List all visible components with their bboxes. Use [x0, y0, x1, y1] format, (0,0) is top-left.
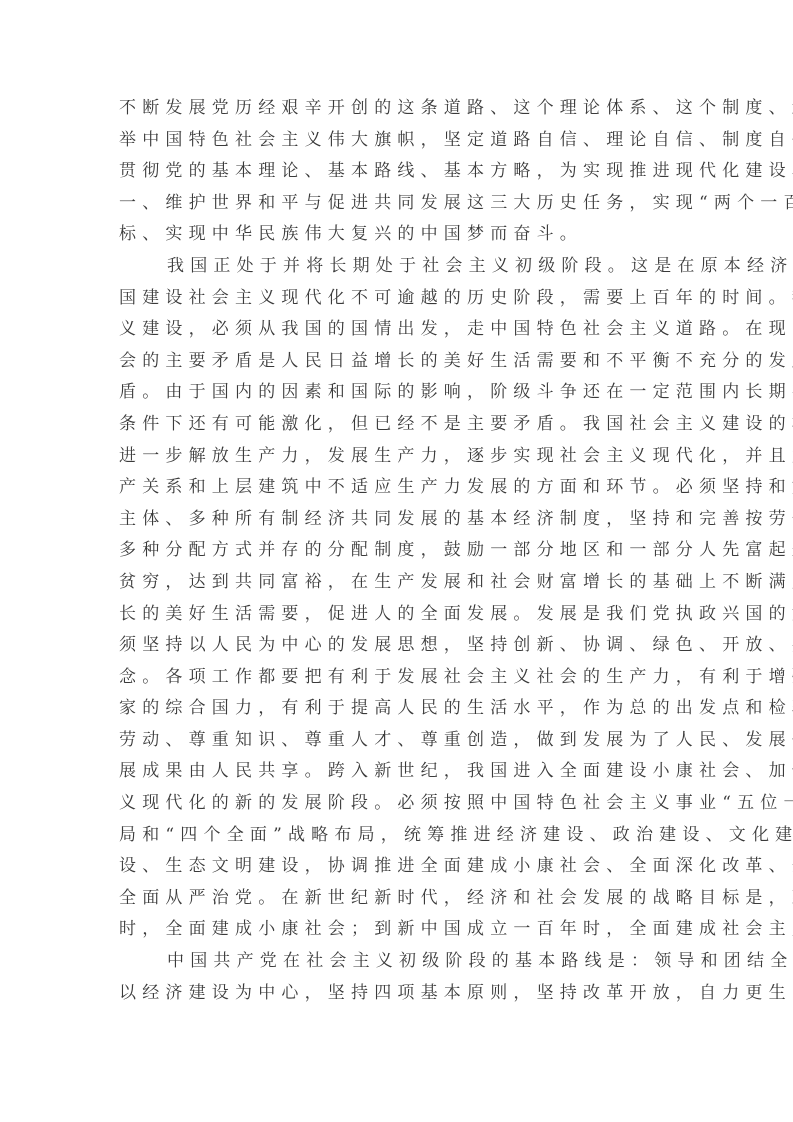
text-line: 义建设，必须从我国的国情出发，走中国特色社会主义道路。在现阶段，我国社 — [119, 314, 671, 346]
text-line: 须坚持以人民为中心的发展思想，坚持创新、协调、绿色、开放、共享的发展理 — [119, 630, 671, 662]
document-page: 不断发展党历经艰辛开创的这条道路、这个理论体系、这个制度、这个文化，高 举中国特… — [119, 93, 675, 1009]
text-line: 产关系和上层建筑中不适应生产力发展的方面和环节。必须坚持和完善公有制为 — [119, 472, 671, 504]
text-line: 标、实现中华民族伟大复兴的中国梦而奋斗。 — [119, 219, 671, 251]
text-line: 盾。由于国内的因素和国际的影响，阶级斗争还在一定范围内长期存在，在某种 — [119, 377, 671, 409]
paragraph-3: 中国共产党在社会主义初级阶段的基本路线是：领导和团结全国各族人民， 以经济建设为… — [119, 946, 675, 1009]
text-line: 贫穷，达到共同富裕，在生产发展和社会财富增长的基础上不断满足人民日益增 — [119, 567, 671, 599]
text-line: 全面从严治党。在新世纪新时代，经济和社会发展的战略目标是，到建党一百年 — [119, 883, 671, 915]
text-line: 多种分配方式并存的分配制度，鼓励一部分地区和一部分人先富起来，逐步消灭 — [119, 535, 671, 567]
text-line: 以经济建设为中心，坚持四项基本原则，坚持改革开放，自力更生，艰苦创业， — [119, 978, 671, 1010]
text-line: 中国共产党在社会主义初级阶段的基本路线是：领导和团结全国各族人民， — [119, 946, 671, 978]
text-line: 家的综合国力，有利于提高人民的生活水平，作为总的出发点和检验标准，尊重 — [119, 693, 671, 725]
paragraph-1: 不断发展党历经艰辛开创的这条道路、这个理论体系、这个制度、这个文化，高 举中国特… — [119, 93, 675, 251]
text-line: 念。各项工作都要把有利于发展社会主义社会的生产力，有利于增强社会主义国 — [119, 662, 671, 694]
text-line: 时，全面建成小康社会；到新中国成立一百年时，全面建成社会主义现代化强国。 — [119, 914, 671, 946]
text-line: 我国正处于并将长期处于社会主义初级阶段。这是在原本经济文化落后的中 — [119, 251, 671, 283]
text-line: 主体、多种所有制经济共同发展的基本经济制度，坚持和完善按劳分配为主体、 — [119, 504, 671, 536]
text-line: 举中国特色社会主义伟大旗帜，坚定道路自信、理论自信、制度自信、文化自信， — [119, 125, 671, 157]
text-line: 局和“四个全面”战略布局，统筹推进经济建设、政治建设、文化建设、社会建 — [119, 820, 671, 852]
text-line: 贯彻党的基本理论、基本路线、基本方略，为实现推进现代化建设、完成祖国统 — [119, 156, 671, 188]
text-line: 设、生态文明建设，协调推进全面建成小康社会、全面深化改革、全面依法治国、 — [119, 851, 671, 883]
text-line: 一、维护世界和平与促进共同发展这三大历史任务，实现“两个一百年”奋斗目 — [119, 188, 671, 220]
text-line: 义现代化的新的发展阶段。必须按照中国特色社会主义事业“五位一体”总体布 — [119, 788, 671, 820]
text-line: 会的主要矛盾是人民日益增长的美好生活需要和不平衡不充分的发展之间的矛 — [119, 346, 671, 378]
text-line: 进一步解放生产力，发展生产力，逐步实现社会主义现代化，并且为此而改革生 — [119, 441, 671, 473]
text-line: 国建设社会主义现代化不可逾越的历史阶段，需要上百年的时间。我国的社会主 — [119, 283, 671, 315]
paragraph-2: 我国正处于并将长期处于社会主义初级阶段。这是在原本经济文化落后的中 国建设社会主… — [119, 251, 675, 946]
text-line: 长的美好生活需要，促进人的全面发展。发展是我们党执政兴国的第一要务。必 — [119, 599, 671, 631]
text-line: 不断发展党历经艰辛开创的这条道路、这个理论体系、这个制度、这个文化，高 — [119, 93, 671, 125]
text-line: 展成果由人民共享。跨入新世纪，我国进入全面建设小康社会、加快推进社会主 — [119, 756, 671, 788]
text-line: 条件下还有可能激化，但已经不是主要矛盾。我国社会主义建设的根本任务，是 — [119, 409, 671, 441]
text-line: 劳动、尊重知识、尊重人才、尊重创造，做到发展为了人民、发展依靠人民、发 — [119, 725, 671, 757]
